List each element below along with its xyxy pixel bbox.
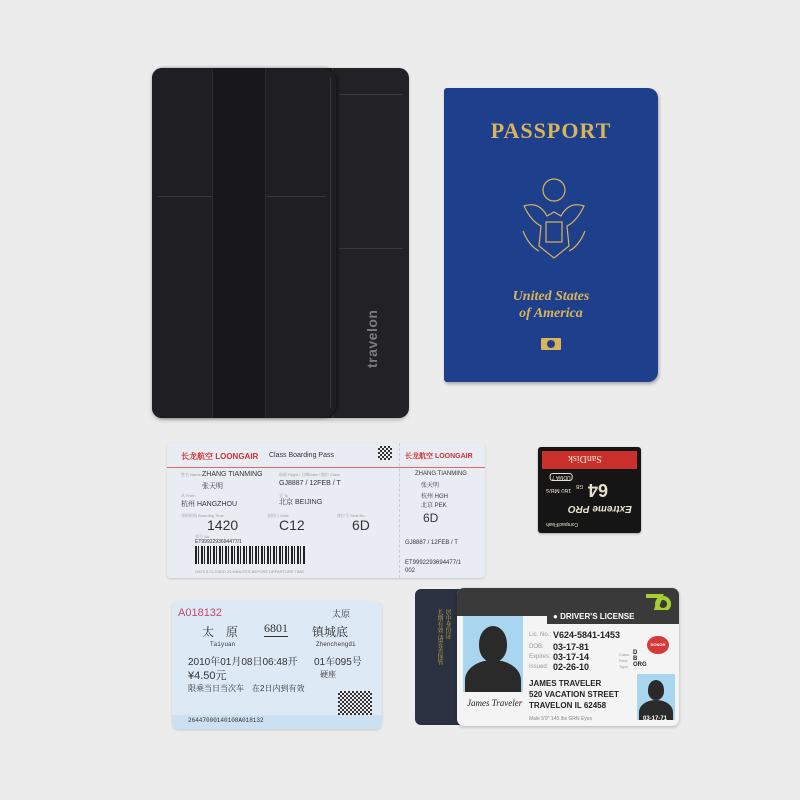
passport-wallet: travelon (152, 68, 408, 418)
id-back-text-2: 长期有效·请妥善保管 (435, 609, 443, 665)
ticket-code: 26447000140108A018132 (188, 717, 264, 724)
elastic-band (212, 68, 266, 418)
stub-destination: 北京 PEK (421, 500, 447, 509)
train-ticket: A018132 太原 太 原 6801 镇城底 Taiyuan Zhenchen… (172, 601, 382, 729)
stub-passenger-name-cn: 张天明 (421, 480, 439, 489)
memory-card-brand: SanDisk (568, 453, 602, 464)
passenger-name: ZHANG TIANMING (202, 471, 263, 478)
passport: PASSPORT United States of America (444, 88, 658, 382)
departure-datetime: 2010年01月08日06:48开 (188, 653, 298, 668)
issuing-station: 太原 (332, 607, 350, 620)
license-title-text: DRIVER'S LICENSE (560, 612, 634, 621)
donor-label: DONOR (651, 642, 666, 647)
stub-passenger-name: ZHANG TIANMING (415, 471, 467, 477)
id-back-text: 居中身份证 (443, 609, 451, 639)
memory-card-format: CompactFlash (546, 521, 578, 527)
dob: 03-17-81 (553, 642, 589, 652)
address-line1: 520 VACATION STREET (529, 689, 619, 700)
photo-date: 03-17-71 (643, 716, 667, 722)
donor-heart-icon: DONOR (647, 636, 669, 654)
seat: 6D (352, 517, 370, 533)
airline-name: 长龙航空 LOONGAIR (181, 451, 258, 462)
departure-station-cn: 太 原 (202, 623, 238, 640)
license-number-label: Lic. No.: (529, 632, 551, 638)
train-number: 6801 (264, 621, 288, 637)
qr-code-icon (378, 446, 392, 460)
stub-seat: 6D (423, 511, 438, 525)
stub-ticket-number: ET9992293694477/1 (405, 560, 461, 566)
license-small-photo (637, 674, 675, 720)
dob-label: DOB: (529, 644, 544, 650)
physical-description: Male 5'9" 145 lbs GRN Eyes (529, 716, 592, 722)
arrival-station-cn: 镇城底 (312, 623, 348, 640)
passport-title: PASSPORT (444, 118, 658, 144)
origin: 杭州 HANGZHOU (181, 499, 237, 509)
eagle-seal-icon (519, 176, 589, 271)
ticket-price: ¥4.50元 (188, 667, 227, 683)
memory-card: SanDisk 64 GB 160 MB/s Extreme PRO UDMA … (538, 447, 641, 533)
stub-ticket-number-suffix: 002 (405, 568, 415, 574)
license-number: V624-5841-1453 (553, 630, 620, 640)
stub-flight-info: GJ8887 / 12FEB / T (405, 540, 458, 546)
flight-label: 航班 Flight / 日期Date / 舱位 Class (279, 472, 340, 478)
license-title: ● DRIVER'S LICENSE (547, 610, 679, 624)
validity-note: 限乘当日当次车 在2日内到有效 (188, 683, 304, 694)
address-line2: TRAVELON IL 62458 (529, 700, 606, 711)
gate: C12 (279, 517, 305, 533)
memory-card-unit: GB (576, 483, 583, 489)
boarding-pass-title: Class Boarding Pass (269, 452, 334, 459)
class-label: Class: (619, 652, 630, 657)
departure-station-en: Taiyuan (210, 641, 235, 648)
expires: 03-17-14 (553, 652, 589, 662)
name-label: 姓名 Name (181, 472, 201, 478)
biometric-chip-icon (541, 338, 561, 350)
wallet-brand-logo: travelon (364, 310, 380, 368)
passport-country: United States of America (444, 288, 658, 322)
issued-label: Issued: (529, 664, 548, 670)
rest-label: Rest: (619, 658, 628, 663)
holder-name: JAMES TRAVELER (529, 678, 601, 689)
memory-card-udma: UDMA 7 (550, 473, 573, 481)
arrival-station-en: Zhenchengdi (316, 641, 356, 648)
destination: 北京 BEIJING (279, 497, 322, 507)
passport-country-line2: of America (444, 305, 658, 322)
flight-info: GJ8887 / 12FEB / T (279, 480, 341, 487)
barcode-icon (195, 546, 305, 564)
boarding-pass: 长龙航空 LOONGAIR Class Boarding Pass 姓名 Nam… (167, 443, 485, 578)
license-photo (463, 616, 523, 692)
drivers-license: ● DRIVER'S LICENSE Lic. No.: V624-5841-1… (457, 588, 679, 726)
expires-label: Expires: (529, 654, 551, 660)
passenger-name-cn: 张天明 (202, 481, 223, 491)
type-label: Type: (619, 664, 629, 669)
gates-closed-notice: GATES CLOSED 20 MINUTES BEFORE DEPARTURE… (195, 569, 304, 574)
ticket-number: ET9992293694477/1 (195, 539, 242, 545)
stub-origin: 杭州 HGH (421, 491, 448, 500)
seat-class: 硬座 (320, 669, 336, 680)
ticket-serial: A018132 (178, 607, 222, 619)
issued: 02-26-10 (553, 662, 589, 672)
car-seat: 01车095号 (314, 653, 362, 668)
boarding-time: 1420 (207, 517, 238, 533)
signature: James Traveler (467, 698, 522, 708)
memory-card-line: Extreme PRO (568, 503, 632, 514)
stub-airline: 长龙航空 LOONGAIR (405, 451, 473, 461)
memory-card-speed: 160 MB/s (546, 487, 571, 493)
memory-card-capacity: 64 (588, 479, 608, 500)
passport-country-line1: United States (444, 288, 658, 305)
license-type: ORG (633, 662, 647, 668)
